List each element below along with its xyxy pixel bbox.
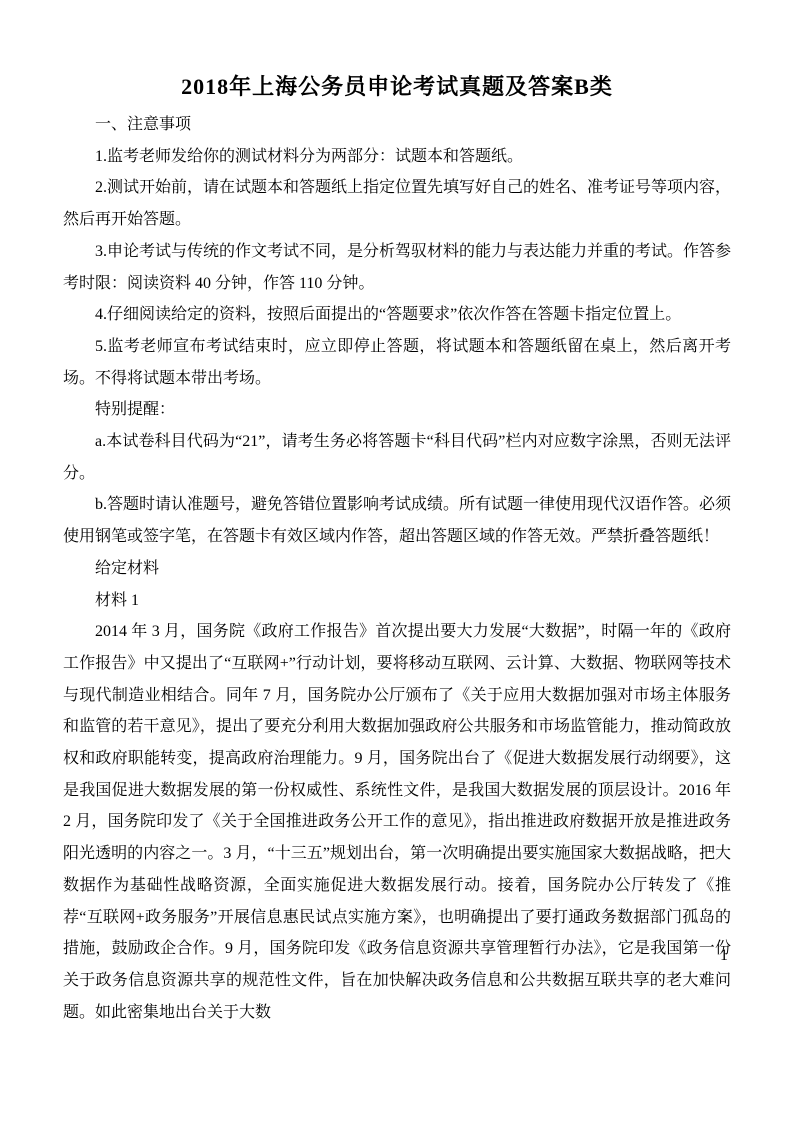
document-page: 2018年上海公务员申论考试真题及答案B类 一、注意事项 1.监考老师发给你的测…	[0, 0, 794, 1122]
special-reminder-heading: 特别提醒：	[63, 394, 731, 426]
notice-item-3: 3.申论考试与传统的作文考试不同，是分析驾驭材料的能力与表达能力并重的考试。作答…	[63, 236, 731, 299]
notice-item-5: 5.监考老师宣布考试结束时，应立即停止答题，将试题本和答题纸留在桌上，然后离开考…	[63, 331, 731, 394]
page-title: 2018年上海公务员申论考试真题及答案B类	[63, 72, 731, 102]
notice-heading: 一、注意事项	[63, 109, 731, 141]
given-materials-label: 给定材料	[63, 553, 731, 585]
notice-item-2: 2.测试开始前，请在试题本和答题纸上指定位置先填写好自己的姓名、准考证号等项内容…	[63, 172, 731, 235]
notice-item-4: 4.仔细阅读给定的资料，按照后面提出的“答题要求”依次作答在答题卡指定位置上。	[63, 299, 731, 331]
material-1-paragraph: 2014 年 3 月，国务院《政府工作报告》首次提出要大力发展“大数据”，时隔一…	[63, 616, 731, 1028]
notice-item-1: 1.监考老师发给你的测试材料分为两部分：试题本和答题纸。	[63, 141, 731, 173]
reminder-item-a: a.本试卷科目代码为“21”，请考生务必将答题卡“科目代码”栏内对应数字涂黑，否…	[63, 426, 731, 489]
reminder-item-b: b.答题时请认准题号，避免答错位置影响考试成绩。所有试题一律使用现代汉语作答。必…	[63, 489, 731, 552]
material-1-label: 材料 1	[63, 585, 731, 617]
page-content: 2018年上海公务员申论考试真题及答案B类 一、注意事项 1.监考老师发给你的测…	[63, 63, 731, 1028]
page-number: 1	[720, 946, 728, 966]
